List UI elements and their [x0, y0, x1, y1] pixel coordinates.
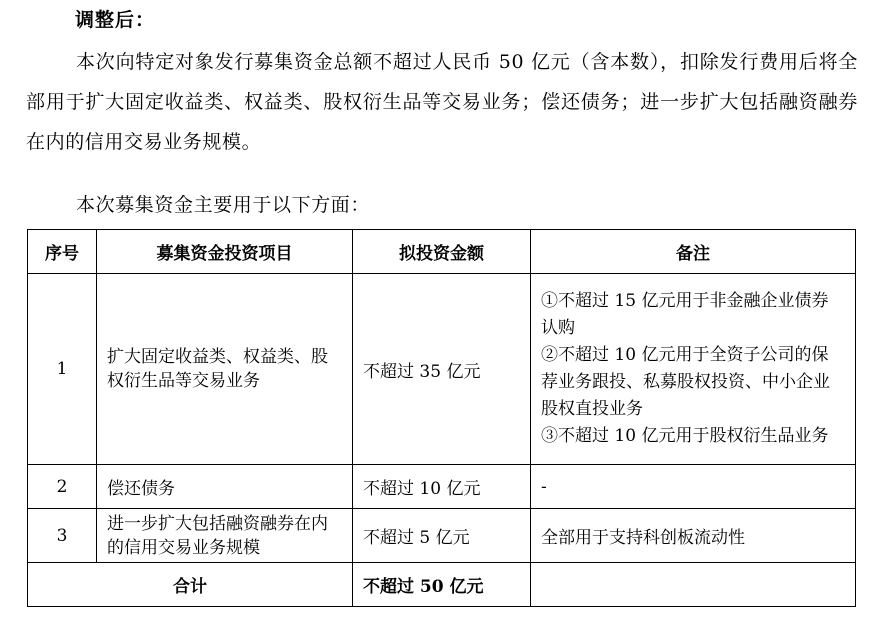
cell-amount: 不超过 5 亿元 — [353, 509, 531, 563]
cell-notes: 全部用于支持科创板流动性 — [531, 509, 856, 563]
paragraph-offering-summary: 本次向特定对象发行募集资金总额不超过人民币 50 亿元（含本数），扣除发行费用后… — [26, 42, 858, 162]
table-header-row: 序号 募集资金投资项目 拟投资金额 备注 — [28, 230, 856, 274]
section-heading: 调整后： — [75, 5, 155, 35]
cell-amount: 不超过 35 亿元 — [353, 274, 531, 465]
total-label: 合计 — [28, 563, 353, 607]
table-total-row: 合计 不超过 50 亿元 — [28, 563, 856, 607]
cell-project: 偿还债务 — [97, 465, 353, 509]
cell-notes: ①不超过 15 亿元用于非金融企业债券认购 ②不超过 10 亿元用于全资子公司的… — [531, 274, 856, 465]
cell-no: 2 — [28, 465, 97, 509]
cell-project: 进一步扩大包括融资融券在内的信用交易业务规模 — [97, 509, 353, 563]
cell-amount: 不超过 10 亿元 — [353, 465, 531, 509]
note-item: ②不超过 10 亿元用于全资子公司的保荐业务跟投、私募股权投资、中小企业股权直投… — [541, 342, 845, 423]
header-project: 募集资金投资项目 — [97, 230, 353, 274]
paragraph-use-intro: 本次募集资金主要用于以下方面： — [26, 185, 858, 225]
total-notes — [531, 563, 856, 607]
total-amount: 不超过 50 亿元 — [353, 563, 531, 607]
note-item: ③不超过 10 亿元用于股权衍生品业务 — [541, 423, 845, 450]
header-notes: 备注 — [531, 230, 856, 274]
cell-no: 3 — [28, 509, 97, 563]
table-row: 3 进一步扩大包括融资融券在内的信用交易业务规模 不超过 5 亿元 全部用于支持… — [28, 509, 856, 563]
header-no: 序号 — [28, 230, 97, 274]
table-row: 2 偿还债务 不超过 10 亿元 - — [28, 465, 856, 509]
cell-project: 扩大固定收益类、权益类、股权衍生品等交易业务 — [97, 274, 353, 465]
cell-notes: - — [531, 465, 856, 509]
table-row: 1 扩大固定收益类、权益类、股权衍生品等交易业务 不超过 35 亿元 ①不超过 … — [28, 274, 856, 465]
note-item: ①不超过 15 亿元用于非金融企业债券认购 — [541, 288, 845, 342]
cell-no: 1 — [28, 274, 97, 465]
fund-use-table: 序号 募集资金投资项目 拟投资金额 备注 1 扩大固定收益类、权益类、股权衍生品… — [27, 229, 856, 607]
header-amount: 拟投资金额 — [353, 230, 531, 274]
